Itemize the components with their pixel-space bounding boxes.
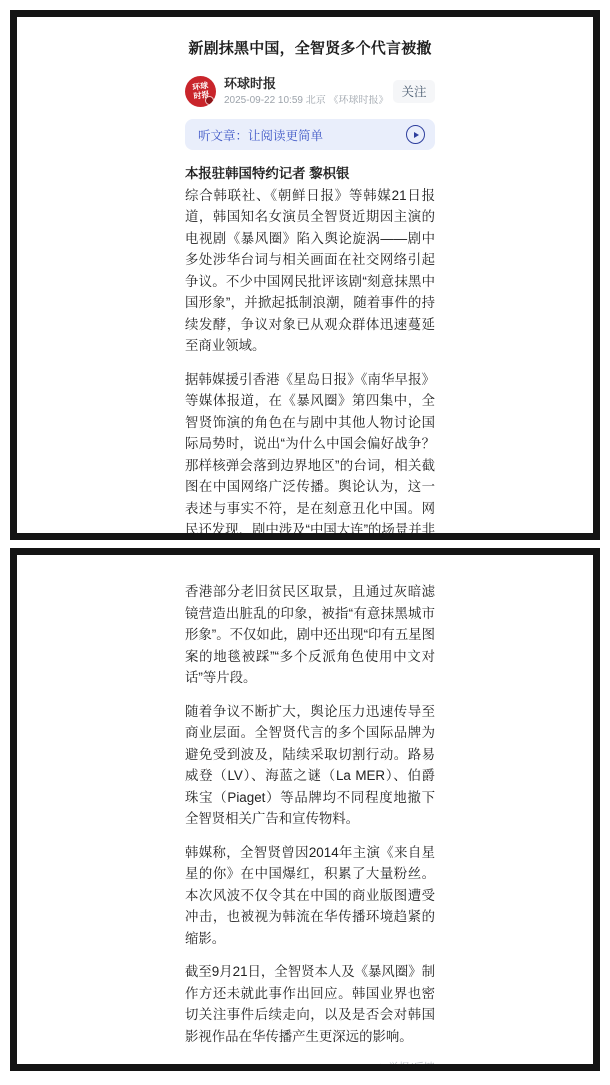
screenshot-panel-bottom: 香港部分老旧贫民区取景，且通过灰暗滤镜营造出脏乱的印象，被指“有意抹黑城市形象”… xyxy=(10,548,600,1071)
article-paragraphs-bottom: 香港部分老旧贫民区取景，且通过灰暗滤镜营造出脏乱的印象，被指“有意抹黑城市形象”… xyxy=(185,581,435,1047)
warning-triangle-icon: △ xyxy=(376,1062,384,1072)
publisher-info: 环球时报 2025-09-22 10:59 北京 《环球时报》社有... xyxy=(224,76,387,107)
listen-article-label: 听文章：让阅读更简单 xyxy=(198,126,406,144)
article-column-continued: 香港部分老旧贫民区取景，且通过灰暗滤镜营造出脏乱的印象，被指“有意抹黑城市形象”… xyxy=(185,555,435,1071)
article-paragraph: 截至9月21日，全智贤本人及《暴风圈》制作方还未就此事作出回应。韩国业界也密切关… xyxy=(185,961,435,1047)
publisher-row: 环球时报 环球时报 2025-09-22 10:59 北京 《环球时报》社有..… xyxy=(185,73,435,109)
article-paragraph: 韩媒称，全智贤曾因2014年主演《来自星星的你》在中国爆红，积累了大量粉丝。本次… xyxy=(185,842,435,950)
article-byline: 本报驻韩国特约记者 黎枳银 xyxy=(185,163,435,185)
screenshot-panel-top: 新剧抹黑中国，全智贤多个代言被撤 环球时报 环球时报 2025-09-22 10… xyxy=(10,10,600,540)
publisher-logo[interactable]: 环球时报 xyxy=(185,76,216,107)
article-paragraph: 香港部分老旧贫民区取景，且通过灰暗滤镜营造出脏乱的印象，被指“有意抹黑城市形象”… xyxy=(185,581,435,689)
article-body-top: 本报驻韩国特约记者 黎枳银 综合韩联社、《朝鲜日报》等韩媒21日报道，韩国知名女… xyxy=(185,163,435,540)
follow-button[interactable]: 关注 xyxy=(393,80,435,103)
article-column: 新剧抹黑中国，全智贤多个代言被撤 环球时报 环球时报 2025-09-22 10… xyxy=(185,38,435,540)
article-body-bottom: 香港部分老旧贫民区取景，且通过灰暗滤镜营造出脏乱的印象，被指“有意抹黑城市形象”… xyxy=(185,581,435,1047)
article-paragraph: 据韩媒援引香港《星岛日报》《南华早报》等媒体报道，在《暴风圈》第四集中，全智贤饰… xyxy=(185,369,435,541)
article-title: 新剧抹黑中国，全智贤多个代言被撤 xyxy=(185,38,435,60)
report-feedback-link[interactable]: △ 举报/反馈 xyxy=(185,1059,435,1071)
publisher-name[interactable]: 环球时报 xyxy=(224,76,387,91)
report-feedback-label: 举报/反馈 xyxy=(388,1059,435,1071)
publish-meta: 2025-09-22 10:59 北京 《环球时报》社有... xyxy=(224,95,387,107)
listen-article-bar[interactable]: 听文章：让阅读更简单 xyxy=(185,119,435,150)
article-paragraph: 综合韩联社、《朝鲜日报》等韩媒21日报道，韩国知名女演员全智贤近期因主演的电视剧… xyxy=(185,185,435,357)
publisher-logo-text: 环球时报 xyxy=(190,81,210,100)
article-paragraphs-top: 综合韩联社、《朝鲜日报》等韩媒21日报道，韩国知名女演员全智贤近期因主演的电视剧… xyxy=(185,185,435,541)
play-circle-icon[interactable] xyxy=(406,125,425,144)
article-paragraph: 随着争议不断扩大，舆论压力迅速传导至商业层面。全智贤代言的多个国际品牌为避免受到… xyxy=(185,701,435,830)
